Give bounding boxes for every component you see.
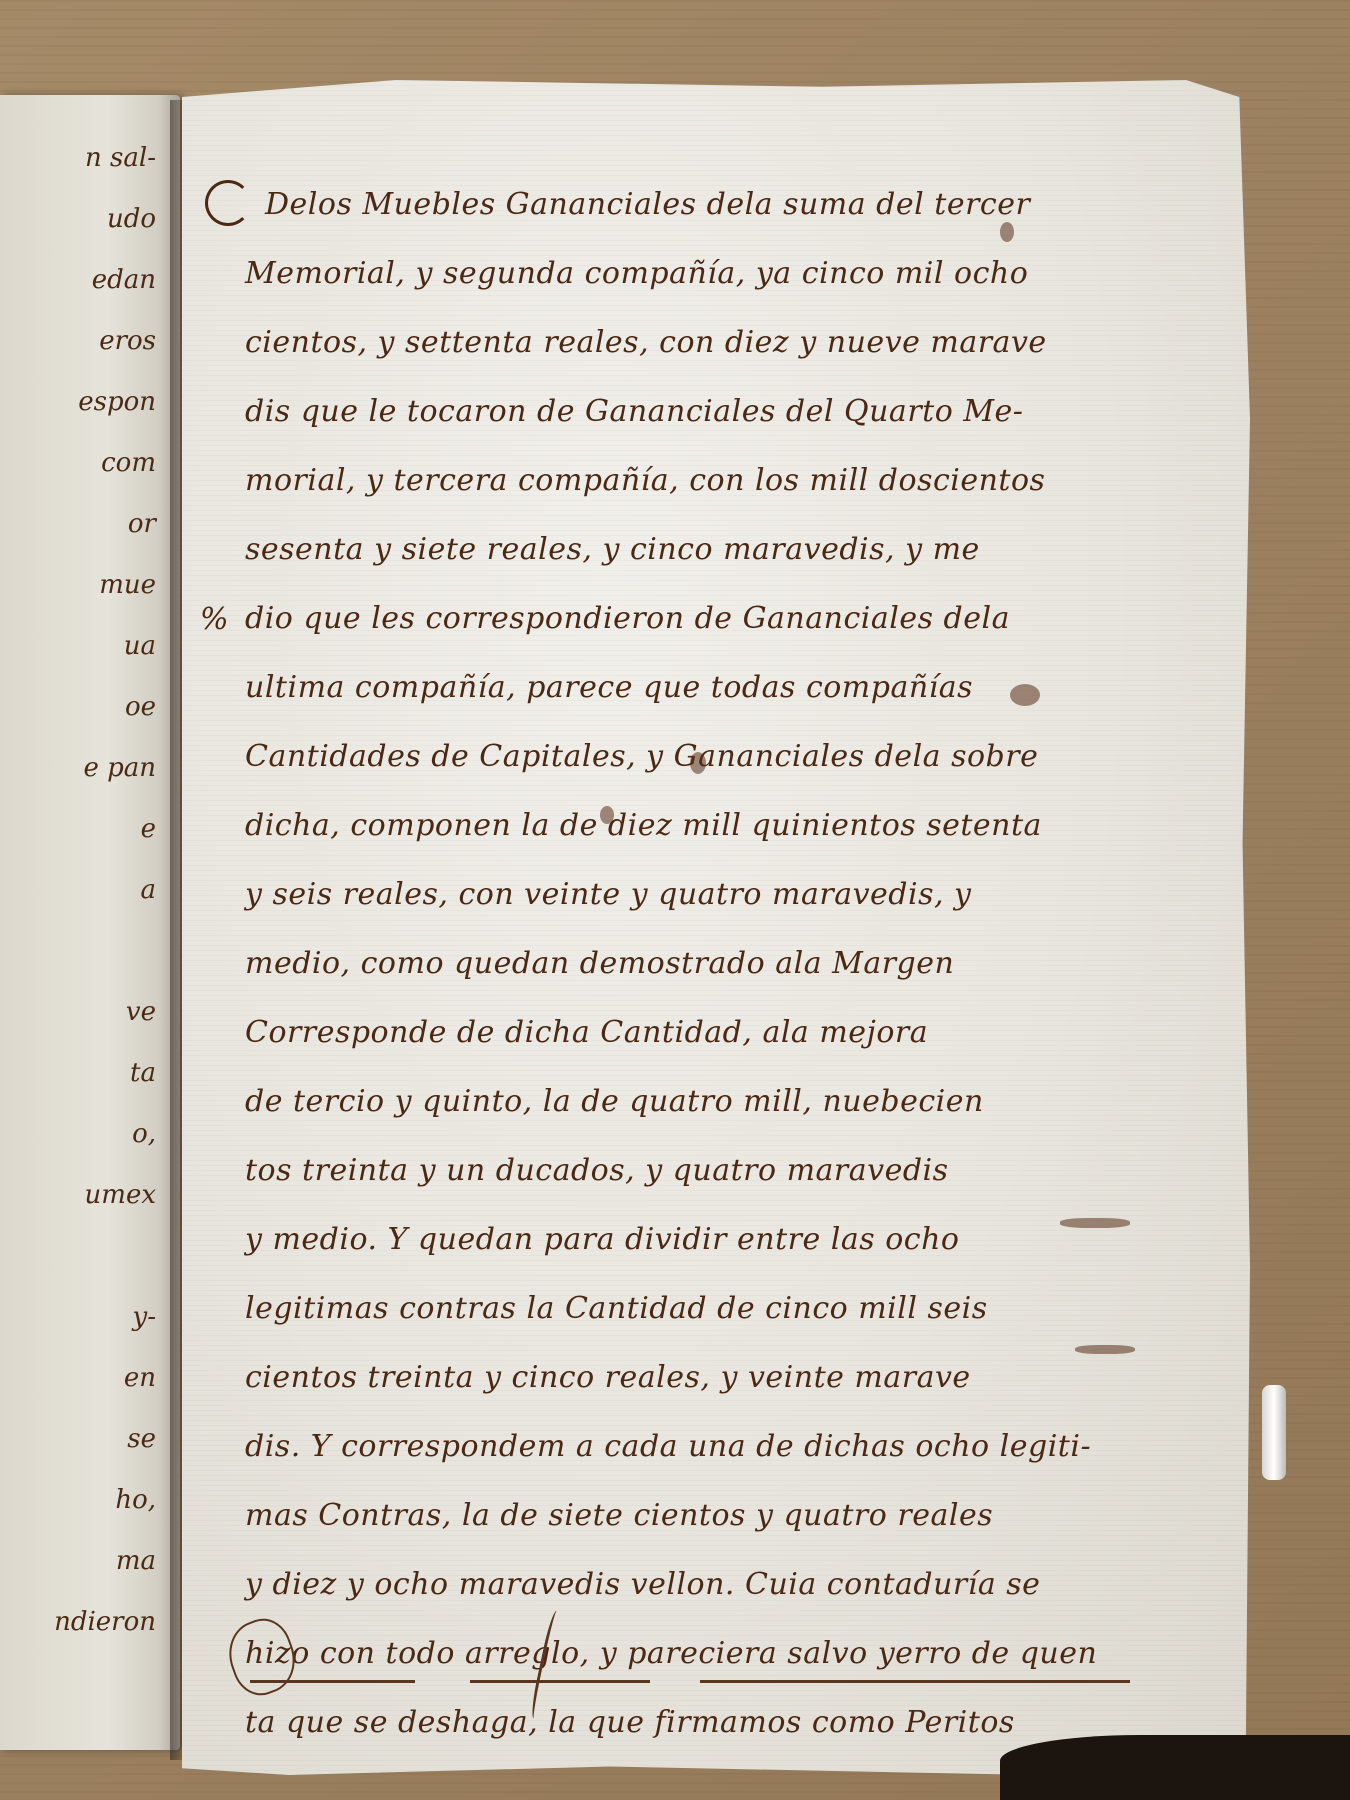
- left-page-fragment: com: [101, 448, 156, 478]
- left-page-fragment: ua: [124, 631, 156, 661]
- left-page-fragment: e: [141, 814, 156, 844]
- left-page-fragment: eros: [99, 326, 156, 356]
- margin-mark: %: [200, 602, 229, 637]
- manuscript-line: dicha, componen la de diez mill quinient…: [245, 791, 1145, 860]
- left-page-fragment: ho,: [115, 1485, 156, 1515]
- manuscript-line: tos treinta y un ducados, y quatro marav…: [245, 1136, 1145, 1205]
- left-page-fragment: y-: [133, 1302, 156, 1332]
- left-page-fragment: a: [140, 875, 156, 905]
- left-page-fragment: e pan: [83, 753, 156, 783]
- left-page-fragment: edan: [92, 265, 156, 295]
- left-page: n sal-udoedanerosesponcomormueuaoee pane…: [0, 95, 180, 1750]
- left-page-fragment: oe: [125, 692, 156, 722]
- ink-stain: [1060, 1218, 1130, 1228]
- manuscript-line: y diez y ocho maravedis vellon. Cuia con…: [245, 1550, 1145, 1619]
- manuscript-text: Delos Muebles Gananciales dela suma del …: [245, 170, 1145, 1757]
- manuscript-line: dio que les correspondieron de Ganancial…: [245, 584, 1145, 653]
- left-page-fragment: ndieron: [54, 1607, 156, 1637]
- manuscript-line: y medio. Y quedan para dividir entre las…: [245, 1205, 1145, 1274]
- manuscript-line: morial, y tercera compañía, con los mill…: [245, 446, 1145, 515]
- manuscript-line: y seis reales, con veinte y quatro marav…: [245, 860, 1145, 929]
- manuscript-line: cientos treinta y cinco reales, y veinte…: [245, 1343, 1145, 1412]
- shadow-edge: [1000, 1735, 1350, 1800]
- metal-clip: [1262, 1385, 1286, 1480]
- ink-stain: [1010, 684, 1040, 706]
- left-page-fragment: ta: [130, 1058, 156, 1088]
- rubric-rule: [470, 1680, 650, 1683]
- left-page-fragment: o,: [132, 1119, 156, 1149]
- left-page-fragment: ma: [116, 1546, 156, 1576]
- ink-stain: [690, 752, 706, 774]
- manuscript-line: ultima compañía, parece que todas compañ…: [245, 653, 1145, 722]
- left-page-fragment: se: [127, 1424, 156, 1454]
- left-page-fragment: n sal-: [85, 143, 156, 173]
- manuscript-line: Corresponde de dicha Cantidad, ala mejor…: [245, 998, 1145, 1067]
- left-page-fragment: espon: [78, 387, 156, 417]
- left-page-fragment: umex: [85, 1180, 156, 1210]
- manuscript-line: cientos, y settenta reales, con diez y n…: [245, 308, 1145, 377]
- manuscript-line: mas Contras, la de siete cientos y quatr…: [245, 1481, 1145, 1550]
- manuscript-line: legitimas contras la Cantidad de cinco m…: [245, 1274, 1145, 1343]
- rubric-rule: [250, 1680, 415, 1683]
- ink-stain: [1075, 1345, 1135, 1354]
- manuscript-line: dis que le tocaron de Gananciales del Qu…: [245, 377, 1145, 446]
- manuscript-line: dis. Y correspondem a cada una de dichas…: [245, 1412, 1145, 1481]
- signature-rubric: [230, 1640, 1130, 1700]
- left-page-fragment: or: [128, 509, 156, 539]
- rubric-rule: [700, 1680, 1130, 1683]
- left-page-fragment: mue: [99, 570, 156, 600]
- ink-stain: [600, 806, 614, 824]
- left-page-fragment: en: [124, 1363, 156, 1393]
- manuscript-line: medio, como quedan demostrado ala Margen: [245, 929, 1145, 998]
- manuscript-line: de tercio y quinto, la de quatro mill, n…: [245, 1067, 1145, 1136]
- left-page-fragment: udo: [107, 204, 156, 234]
- left-page-fragment: ve: [126, 997, 156, 1027]
- ink-stain: [1000, 222, 1014, 242]
- manuscript-line: sesenta y siete reales, y cinco maravedi…: [245, 515, 1145, 584]
- manuscript-line: Memorial, y segunda compañía, ya cinco m…: [245, 239, 1145, 308]
